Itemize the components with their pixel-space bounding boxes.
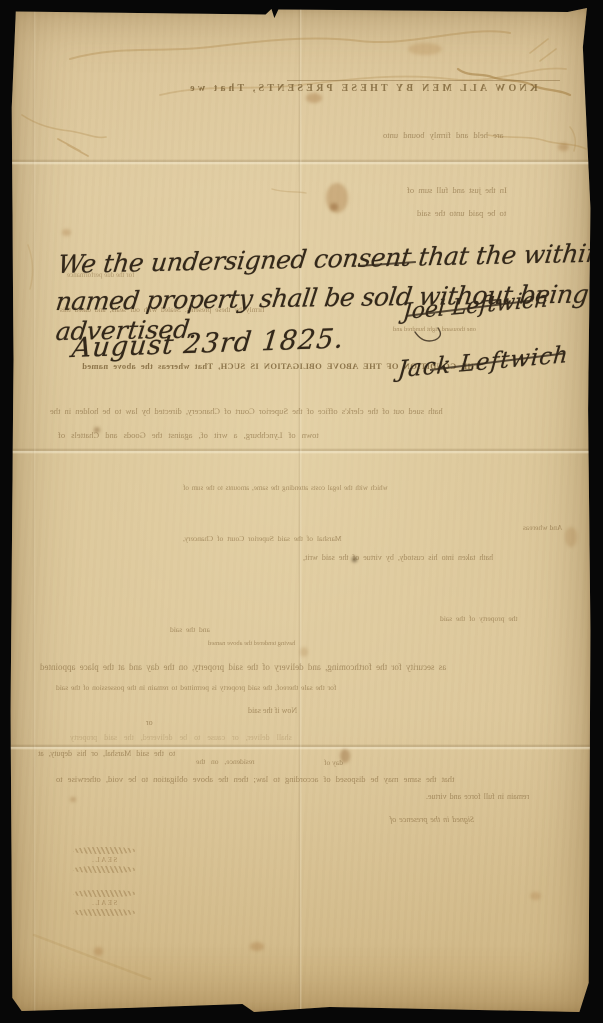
bleedthrough-heading: KNOW ALL MEN BY THESE PRESENTS, That we [187, 84, 538, 94]
bleedthrough-line: town of Lynchburg, a writ of, against th… [58, 431, 319, 440]
bleedthrough-line: that the same may be disposed of accordi… [56, 775, 454, 784]
seal-hatch [73, 909, 135, 916]
bleedthrough-line: day of [324, 759, 343, 767]
bleedthrough-line: shall deliver, or cause to be delivered,… [70, 734, 292, 742]
bleedthrough-line: for the sale thereof, the said property … [56, 684, 336, 692]
bleedthrough-line: and the said [170, 626, 210, 634]
seal-placeholder: SEAL. [73, 888, 135, 918]
bleedthrough-line: And whereas [523, 524, 562, 532]
scan-background: KNOW ALL MEN BY THESE PRESENTS, That we … [0, 0, 603, 1023]
bleedthrough-line: In the just and full sum of [407, 186, 507, 195]
bleedthrough-line: or [146, 719, 153, 727]
seal-hatch [73, 866, 135, 873]
bleedthrough-line: are held and firmly bound unto [383, 131, 504, 140]
seal-label: SEAL. [73, 899, 135, 907]
seal-hatch [73, 847, 135, 854]
bleedthrough-line: the property of the said [440, 615, 518, 623]
bleedthrough-line: which with the legal costs attending the… [183, 485, 388, 492]
bleedthrough-line: Marshal of the said Superior Court of Ch… [183, 535, 341, 543]
bleedthrough-line: to the said Marshal, or his deputy, at [38, 750, 175, 758]
bleedthrough-heading-rule [287, 80, 560, 81]
seal-label: SEAL. [73, 856, 135, 864]
paper-sheet: KNOW ALL MEN BY THESE PRESENTS, That we … [10, 7, 591, 1013]
seal-placeholder: SEAL. [73, 845, 135, 875]
bleedthrough-line: as security for the forthcoming, and del… [40, 663, 446, 672]
bleedthrough-line: having tendered the above named [208, 641, 295, 648]
bleedthrough-line: hath sued out of the clerk's office of t… [50, 407, 443, 416]
bleedthrough-line: Signed in the presence of [390, 816, 474, 824]
bleedthrough-line: one thousand eight hundred and [393, 327, 476, 334]
bleedthrough-line: to be paid unto the said [417, 209, 506, 218]
seal-hatch [73, 890, 135, 897]
bleedthrough-line: residence, on the [196, 758, 255, 766]
bleedthrough-line: Now if the said [248, 707, 297, 715]
bleedthrough-line: remain in full force and virtue. [426, 793, 529, 801]
bleedthrough-line: hath taken into his custody, by virtue o… [303, 554, 493, 562]
